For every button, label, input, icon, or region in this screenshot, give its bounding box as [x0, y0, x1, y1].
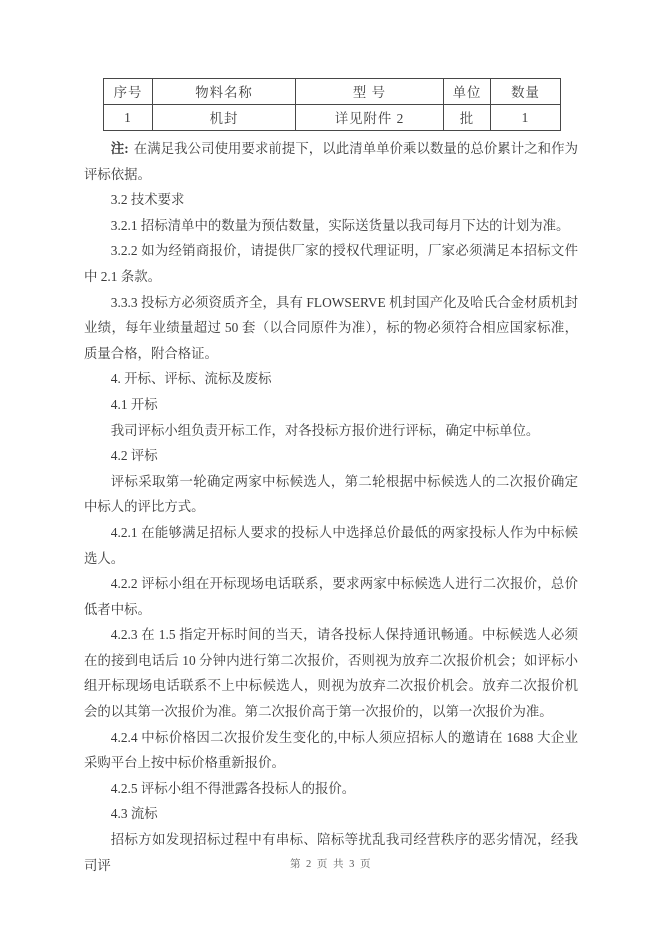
paragraph: 4.3 流标: [84, 801, 578, 827]
paragraph: 4. 开标、评标、流标及废标: [84, 366, 578, 392]
paragraph: 3.2 技术要求: [84, 187, 578, 213]
document-page: 序号物料名称型 号单位数量 1机封详见附件 2批1 注:在满足我公司使用要求前提…: [0, 0, 662, 936]
note-text: 在满足我公司使用要求前提下，以此清单单价乘以数量的总价累计之和作为评标依据。: [84, 141, 578, 182]
table-header-cell: 型 号: [296, 79, 444, 105]
table-header-row: 序号物料名称型 号单位数量: [104, 79, 561, 105]
table-header-cell: 单位: [444, 79, 491, 105]
document-body: 注:在满足我公司使用要求前提下，以此清单单价乘以数量的总价累计之和作为评标依据。…: [84, 136, 578, 878]
paragraphs-container: 3.2 技术要求3.2.1 招标清单中的数量为预估数量，实际送货量以我司每月下达…: [84, 187, 578, 878]
paragraph: 3.2.1 招标清单中的数量为预估数量，实际送货量以我司每月下达的计划为准。: [84, 213, 578, 239]
paragraph: 评标采取第一轮确定两家中标候选人，第二轮根据中标候选人的二次报价确定中标人的评比…: [84, 469, 578, 520]
items-table: 序号物料名称型 号单位数量 1机封详见附件 2批1: [103, 78, 561, 131]
table-header-cell: 序号: [104, 79, 153, 105]
paragraph: 4.2.1 在能够满足招标人要求的投标人中选择总价最低的两家投标人作为中标候选人…: [84, 520, 578, 571]
paragraph: 4.2.5 评标小组不得泄露各投标人的报价。: [84, 776, 578, 802]
table-body: 1机封详见附件 2批1: [104, 105, 561, 131]
note-paragraph: 注:在满足我公司使用要求前提下，以此清单单价乘以数量的总价累计之和作为评标依据。: [84, 136, 578, 187]
paragraph: 4.2.3 在 1.5 指定开标时间的当天，请各投标人保持通讯畅通。中标候选人必…: [84, 622, 578, 724]
table-cell: 机封: [153, 105, 296, 131]
table-cell: 1: [104, 105, 153, 131]
paragraph: 3.3.3 投标方必须资质齐全，具有 FLOWSERVE 机封国产化及哈氏合金材…: [84, 290, 578, 367]
paragraph: 3.2.2 如为经销商报价，请提供厂家的授权代理证明，厂家必须满足本招标文件中 …: [84, 238, 578, 289]
paragraph: 4.1 开标: [84, 392, 578, 418]
paragraph: 4.2.4 中标价格因二次报价发生变化的,中标人须应招标人的邀请在 1688 大…: [84, 725, 578, 776]
page-footer: 第 2 页 共 3 页: [0, 856, 662, 871]
paragraph: 4.2 评标: [84, 443, 578, 469]
note-label: 注:: [111, 141, 129, 156]
table-header-cell: 物料名称: [153, 79, 296, 105]
paragraph: 4.2.2 评标小组在开标现场电话联系，要求两家中标候选人进行二次报价，总价低者…: [84, 571, 578, 622]
table-cell: 详见附件 2: [296, 105, 444, 131]
table-cell: 批: [444, 105, 491, 131]
table-row: 1机封详见附件 2批1: [104, 105, 561, 131]
table-cell: 1: [491, 105, 561, 131]
paragraph: 我司评标小组负责开标工作，对各投标方报价进行评标，确定中标单位。: [84, 418, 578, 444]
table-header-cell: 数量: [491, 79, 561, 105]
